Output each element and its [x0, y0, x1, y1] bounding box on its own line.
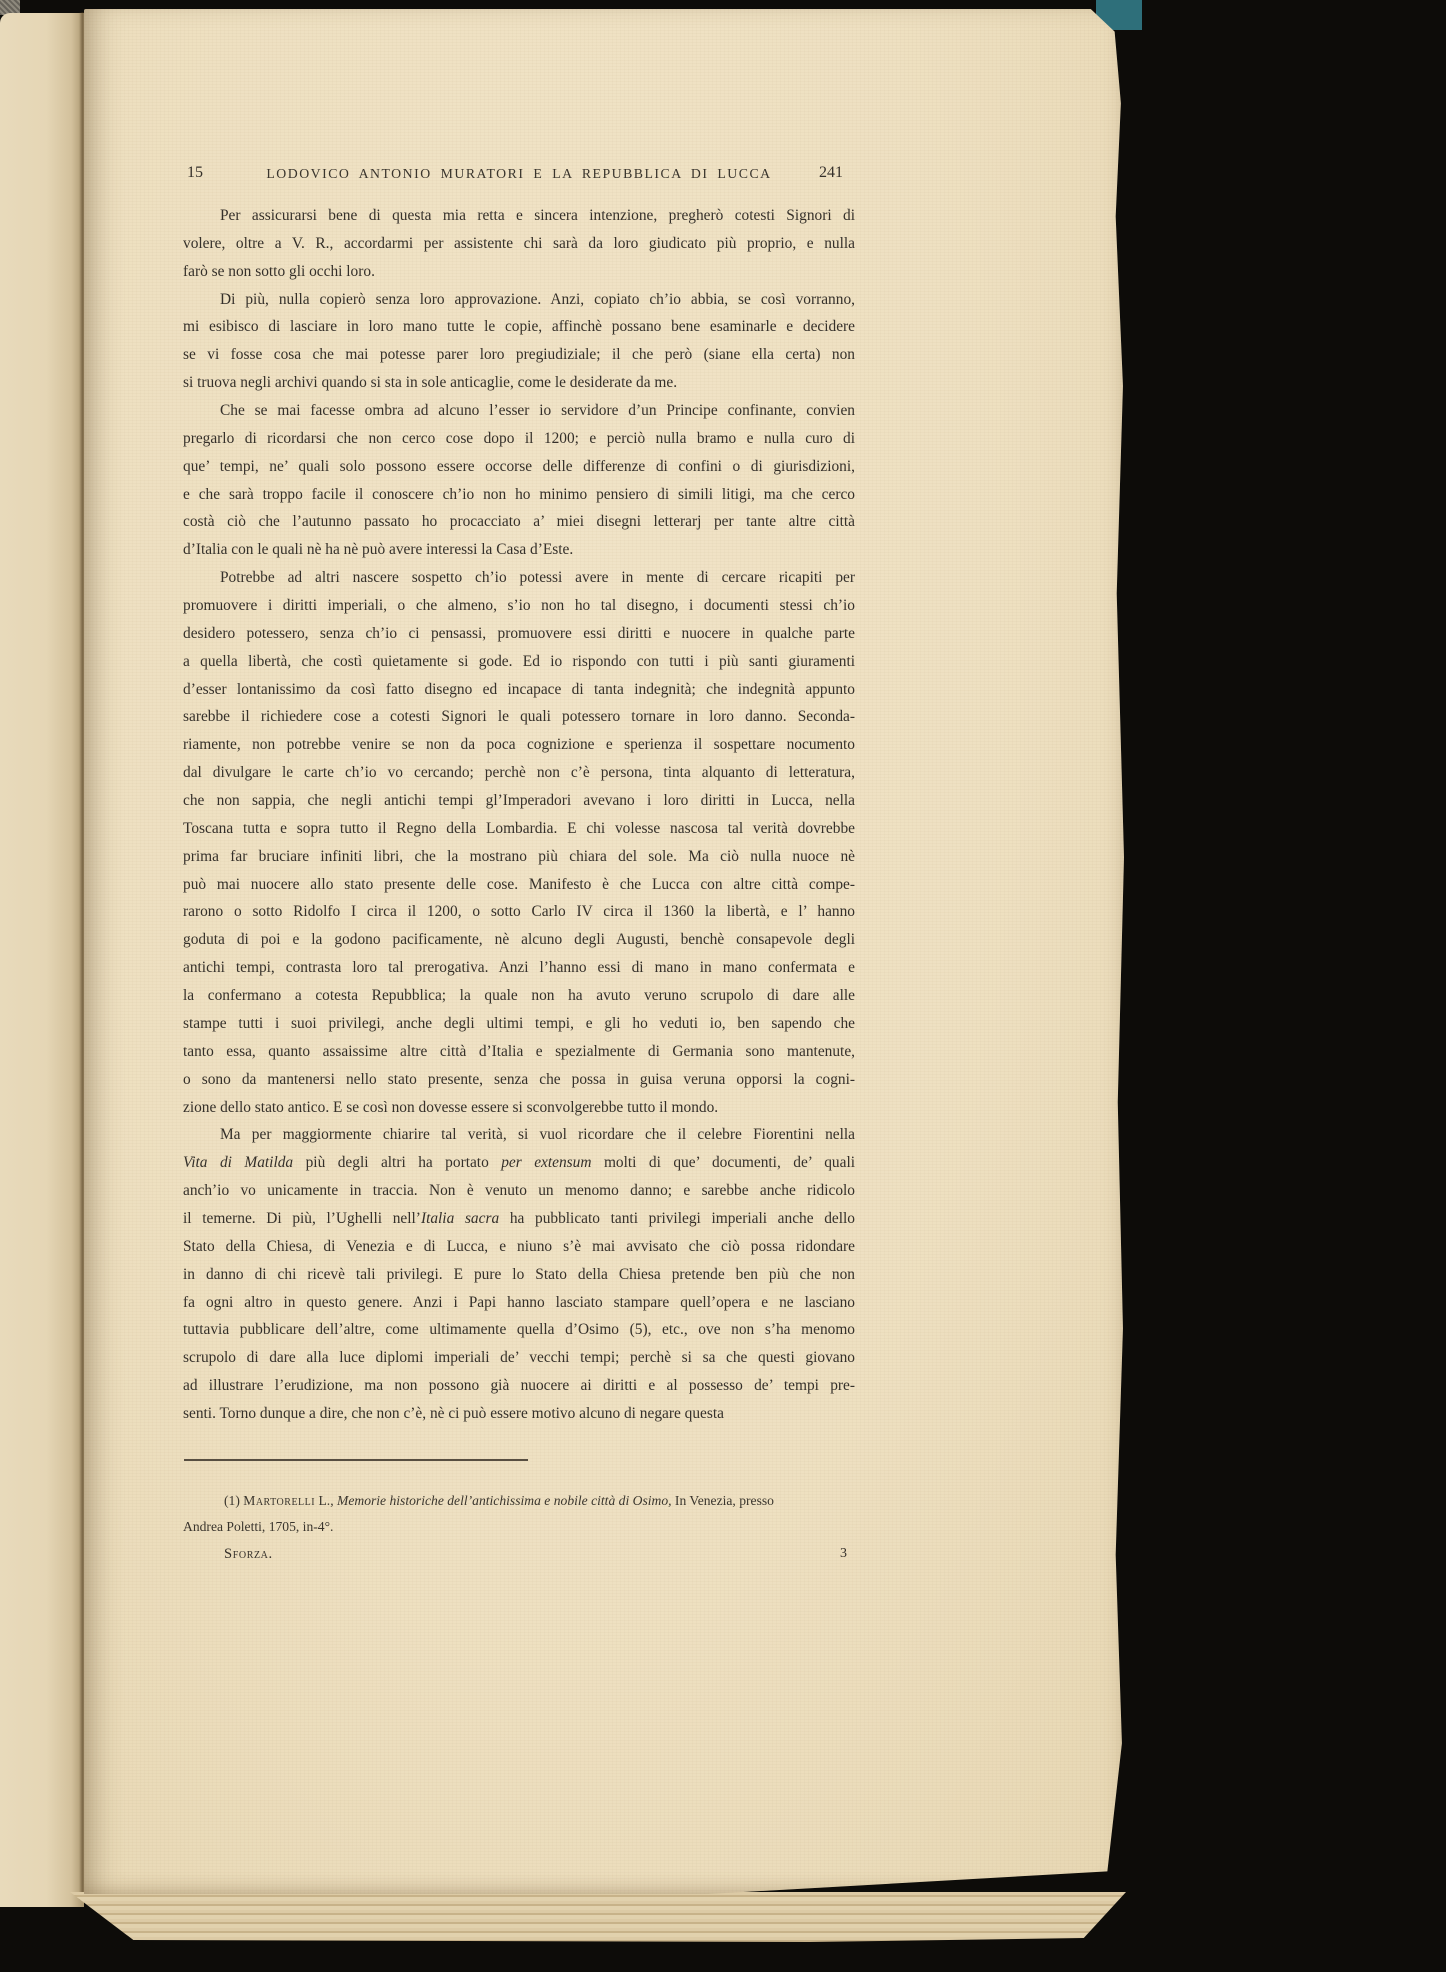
text-segment: più degli altri ha portato — [293, 1154, 501, 1171]
body-line: que’ tempi, ne’ quali solo possono esser… — [183, 453, 855, 481]
footnote-line: Andrea Poletti, 1705, in-4°. — [183, 1514, 855, 1541]
text-segment: la confermano a cotesta Repubblica; la q… — [183, 987, 855, 1004]
body-line: Toscana tutta e sopra tutto il Regno del… — [183, 815, 855, 843]
text-segment: Andrea Poletti, 1705, in-4°. — [183, 1519, 333, 1534]
paragraph: Di più, nulla copierò senza loro approva… — [183, 286, 855, 397]
paragraph: Per assicurarsi bene di questa mia retta… — [183, 202, 855, 286]
page-number-right: 241 — [819, 164, 843, 182]
text-segment: fa ogni altro in questo genere. Anzi i P… — [183, 1294, 855, 1311]
text-segment: (1) — [224, 1493, 243, 1508]
text-segment: si truova negli archivi quando si sta in… — [183, 374, 677, 391]
body-line: tanto essa, quanto assaissime altre citt… — [183, 1038, 855, 1066]
text-segment: il temerne. Di più, l’Ughelli nell’ — [183, 1210, 421, 1227]
text-segment: tuttavia pubblicare dell’altre, come ult… — [183, 1321, 855, 1338]
text-segment: d’Italia con le quali nè ha nè può avere… — [183, 541, 573, 558]
running-title: LODOVICO ANTONIO MURATORI E LA REPUBBLIC… — [183, 166, 855, 182]
text-segment: ha pubblicato tanti privilegi imperiali … — [499, 1210, 855, 1227]
body-line: Stato della Chiesa, di Venezia e di Lucc… — [183, 1233, 855, 1261]
facing-page-edge — [0, 13, 84, 1907]
text-segment: e che sarà troppo facile il conoscere ch… — [183, 486, 855, 503]
text-segment: Che se mai facesse ombra ad alcuno l’ess… — [220, 402, 855, 419]
body-text: Per assicurarsi bene di questa mia retta… — [183, 202, 855, 1428]
text-segment: scrupolo di dare alla luce diplomi imper… — [183, 1349, 855, 1366]
page-header: 15 LODOVICO ANTONIO MURATORI E LA REPUBB… — [183, 164, 855, 186]
body-line: desidero potessero, senza ch’io ci pensa… — [183, 620, 855, 648]
text-segment: Stato della Chiesa, di Venezia e di Lucc… — [183, 1238, 855, 1255]
body-line: Che se mai facesse ombra ad alcuno l’ess… — [183, 397, 855, 425]
text-segment: que’ tempi, ne’ quali solo possono esser… — [183, 458, 855, 475]
text-segment: Martorelli — [243, 1493, 315, 1508]
text-segment: Ma per maggiormente chiarire tal verità,… — [220, 1126, 855, 1143]
text-segment: zione dello stato antico. E se così non … — [183, 1099, 718, 1116]
body-line: goduta di poi e la godono pacificamente,… — [183, 926, 855, 954]
body-line: zione dello stato antico. E se così non … — [183, 1094, 855, 1122]
text-segment: Potrebbe ad altri nascere sospetto ch’io… — [220, 569, 855, 586]
text-segment: o sono da mantenersi nello stato present… — [183, 1071, 855, 1088]
body-line: può mai nuocere allo stato presente dell… — [183, 871, 855, 899]
body-line: stampe tutti i suoi privilegi, anche deg… — [183, 1010, 855, 1038]
text-segment: può mai nuocere allo stato presente dell… — [183, 876, 855, 893]
text-segment: farò se non sotto gli occhi loro. — [183, 263, 375, 280]
body-line: dal divulgare le carte ch’io vo cercando… — [183, 759, 855, 787]
body-line: volere, oltre a V. R., accordarmi per as… — [183, 230, 855, 258]
body-line: ad illustrare l’erudizione, ma non posso… — [183, 1372, 855, 1400]
text-segment: molti di que’ documenti, de’ quali — [591, 1154, 855, 1171]
body-line: tuttavia pubblicare dell’altre, come ult… — [183, 1316, 855, 1344]
text-segment: tanto essa, quanto assaissime altre citt… — [183, 1043, 855, 1060]
body-line: d’esser lontanissimo da così fatto diseg… — [183, 676, 855, 704]
body-line: in danno di chi ricevè tali privilegi. E… — [183, 1261, 855, 1289]
paragraph: Ma per maggiormente chiarire tal verità,… — [183, 1121, 855, 1427]
body-line: o sono da mantenersi nello stato present… — [183, 1066, 855, 1094]
text-segment: rarono o sotto Ridolfo I circa il 1200, … — [183, 903, 855, 920]
text-segment: se vi fosse cosa che mai potesse parer l… — [183, 346, 855, 363]
paragraph: Che se mai facesse ombra ad alcuno l’ess… — [183, 397, 855, 564]
text-segment: in danno di chi ricevè tali privilegi. E… — [183, 1266, 855, 1283]
body-line: fa ogni altro in questo genere. Anzi i P… — [183, 1289, 855, 1317]
body-line: costà ciò che l’autunno passato ho proca… — [183, 508, 855, 536]
text-segment: ad illustrare l’erudizione, ma non posso… — [183, 1377, 855, 1394]
text-segment: Italia sacra — [421, 1210, 499, 1227]
text-segment: antichi tempi, contrasta loro tal prerog… — [183, 959, 855, 976]
text-segment: desidero potessero, senza ch’io ci pensa… — [183, 625, 855, 642]
text-segment: Di più, nulla copierò senza loro approva… — [220, 291, 855, 308]
book-scan: 15 LODOVICO ANTONIO MURATORI E LA REPUBB… — [0, 0, 1446, 1972]
text-segment: promuovere i diritti imperiali, o che al… — [183, 597, 855, 614]
body-line: sarebbe il richiedere cose a cotesti Sig… — [183, 703, 855, 731]
text-segment: a quella libertà, che costì quietamente … — [183, 653, 855, 670]
text-segment: In Venezia, presso — [672, 1493, 774, 1508]
body-line: pregarlo di ricordarsi che non cerco cos… — [183, 425, 855, 453]
sheet-number: 3 — [840, 1546, 847, 1563]
footnote: (1) Martorelli L., Memorie historiche de… — [183, 1488, 855, 1541]
body-line: la confermano a cotesta Repubblica; la q… — [183, 982, 855, 1010]
body-line: a quella libertà, che costì quietamente … — [183, 648, 855, 676]
text-segment: riamente, non potrebbe venire se non da … — [183, 736, 855, 753]
body-line: Potrebbe ad altri nascere sospetto ch’io… — [183, 564, 855, 592]
body-line: scrupolo di dare alla luce diplomi imper… — [183, 1344, 855, 1372]
text-segment: costà ciò che l’autunno passato ho proca… — [183, 513, 855, 530]
body-line: rarono o sotto Ridolfo I circa il 1200, … — [183, 898, 855, 926]
body-line: mi esibisco di lasciare in loro mano tut… — [183, 313, 855, 341]
footnote-rule — [184, 1459, 528, 1461]
text-segment: mi esibisco di lasciare in loro mano tut… — [183, 318, 855, 335]
text-segment: L., — [315, 1493, 337, 1508]
text-segment: sarebbe il richiedere cose a cotesti Sig… — [183, 708, 855, 725]
body-line: Per assicurarsi bene di questa mia retta… — [183, 202, 855, 230]
text-segment: stampe tutti i suoi privilegi, anche deg… — [183, 1015, 855, 1032]
body-line: prima far bruciare infiniti libri, che l… — [183, 843, 855, 871]
body-line: senti. Torno dunque a dire, che non c’è,… — [183, 1400, 855, 1428]
text-segment: per extensum — [501, 1154, 591, 1171]
text-segment: senti. Torno dunque a dire, che non c’è,… — [183, 1405, 724, 1422]
body-line: si truova negli archivi quando si sta in… — [183, 369, 855, 397]
body-line: e che sarà troppo facile il conoscere ch… — [183, 481, 855, 509]
text-segment: d’esser lontanissimo da così fatto diseg… — [183, 681, 855, 698]
body-line: Ma per maggiormente chiarire tal verità,… — [183, 1121, 855, 1149]
body-line: antichi tempi, contrasta loro tal prerog… — [183, 954, 855, 982]
body-line: il temerne. Di più, l’Ughelli nell’Itali… — [183, 1205, 855, 1233]
text-segment: dal divulgare le carte ch’io vo cercando… — [183, 764, 855, 781]
text-segment: goduta di poi e la godono pacificamente,… — [183, 931, 855, 948]
body-line: che non sappia, che negli antichi tempi … — [183, 787, 855, 815]
body-line: Di più, nulla copierò senza loro approva… — [183, 286, 855, 314]
text-segment: volere, oltre a V. R., accordarmi per as… — [183, 235, 855, 252]
text-segment: anch’io vo unicamente in traccia. Non è … — [183, 1182, 855, 1199]
body-line: riamente, non potrebbe venire se non da … — [183, 731, 855, 759]
text-segment: Memorie historiche dell’antichissima e n… — [337, 1493, 672, 1508]
body-line: Vita di Matilda più degli altri ha porta… — [183, 1149, 855, 1177]
body-line: d’Italia con le quali nè ha nè può avere… — [183, 536, 855, 564]
signature: Sforza. — [224, 1546, 273, 1563]
text-segment: prima far bruciare infiniti libri, che l… — [183, 848, 855, 865]
paragraph: Potrebbe ad altri nascere sospetto ch’io… — [183, 564, 855, 1121]
signature-row: Sforza. 3 — [183, 1546, 855, 1563]
page-content: 15 LODOVICO ANTONIO MURATORI E LA REPUBB… — [183, 164, 855, 1563]
footnote-line: (1) Martorelli L., Memorie historiche de… — [183, 1488, 855, 1515]
text-segment: Toscana tutta e sopra tutto il Regno del… — [183, 820, 855, 837]
text-segment: Vita di Matilda — [183, 1154, 293, 1171]
text-segment: Per assicurarsi bene di questa mia retta… — [220, 207, 855, 224]
body-line: anch’io vo unicamente in traccia. Non è … — [183, 1177, 855, 1205]
body-line: farò se non sotto gli occhi loro. — [183, 258, 855, 286]
text-segment: pregarlo di ricordarsi che non cerco cos… — [183, 430, 855, 447]
body-line: promuovere i diritti imperiali, o che al… — [183, 592, 855, 620]
body-line: se vi fosse cosa che mai potesse parer l… — [183, 341, 855, 369]
text-segment: che non sappia, che negli antichi tempi … — [183, 792, 855, 809]
page-stack-edge — [70, 1892, 1126, 1942]
